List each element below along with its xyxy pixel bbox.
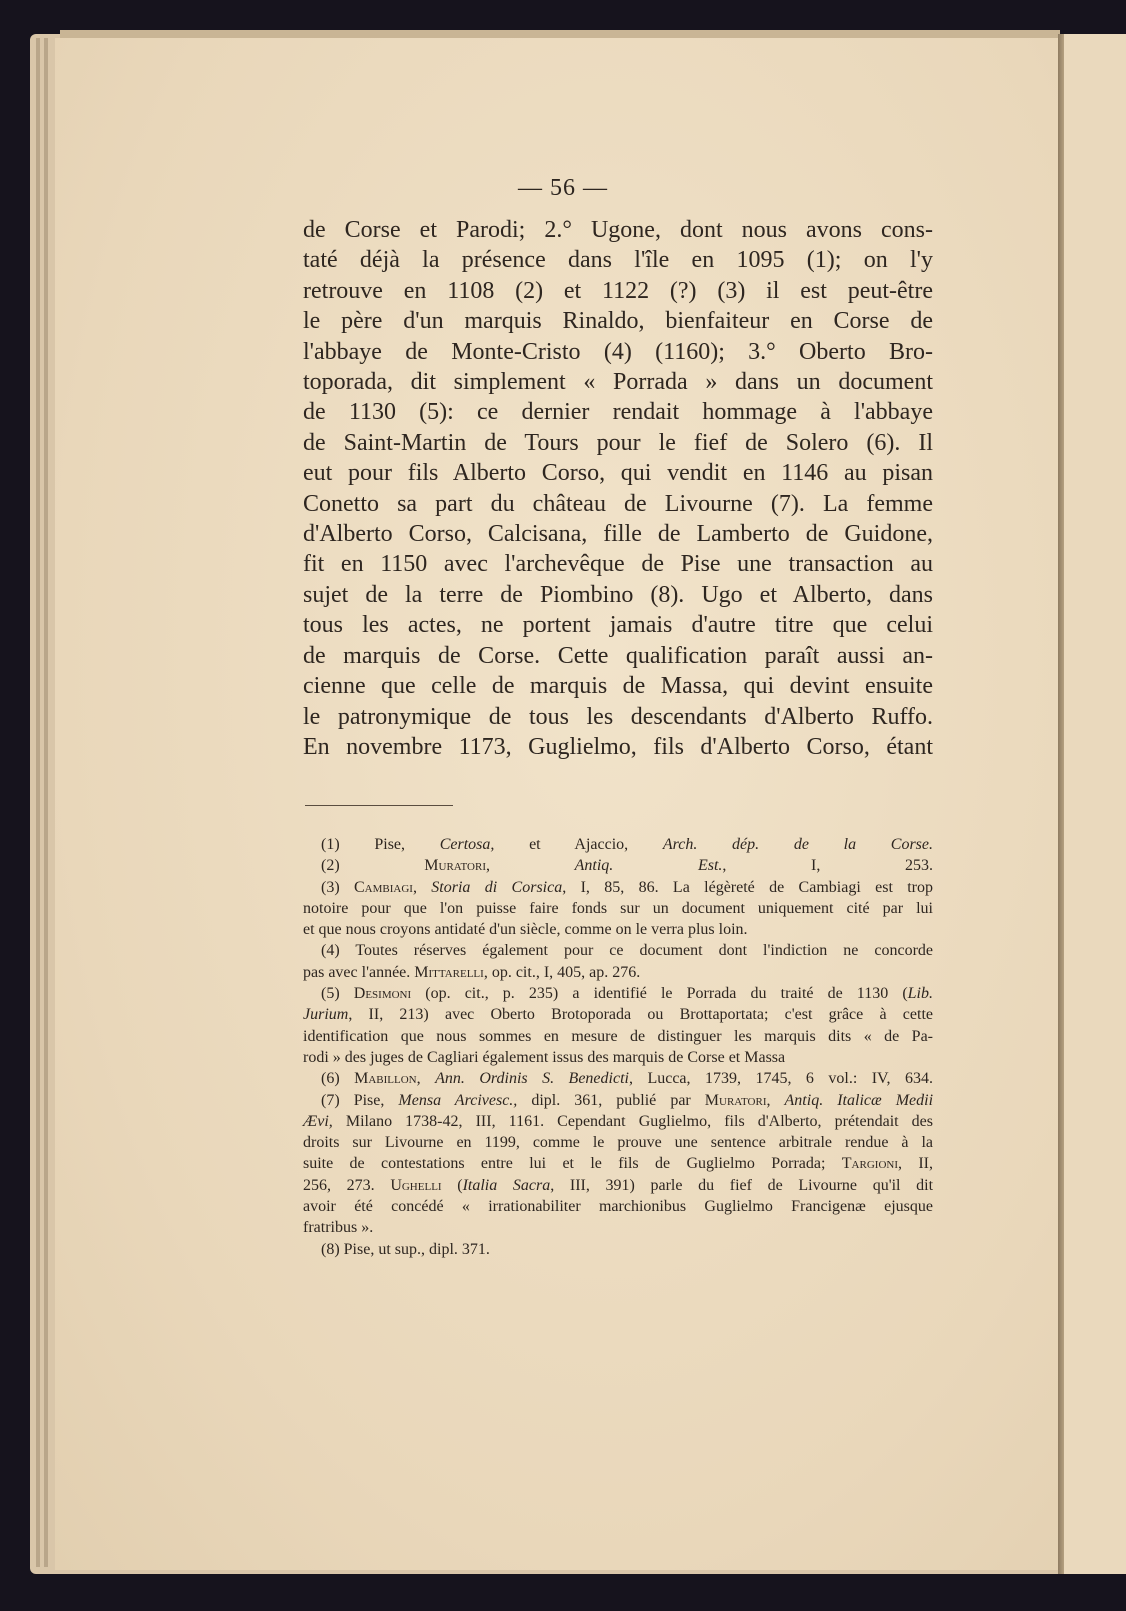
footnote-line: (4) Toutes réserves également pour ce do… <box>303 940 933 961</box>
footnote-text: , III, 391) parle du fief de Livourne qu… <box>550 1177 933 1194</box>
footnote-line: pas avec l'année. Mittarelli, op. cit., … <box>303 962 933 983</box>
footnote-text: identification que nous sommes en mesure… <box>303 1028 933 1045</box>
italic-citation: Jurium <box>303 1006 348 1023</box>
author-name: Desimoni <box>354 985 411 1002</box>
footnote-text: et Ajaccio, <box>494 836 662 853</box>
body-line: de 1130 (5): ce dernier rendait hommage … <box>303 397 933 427</box>
body-line: fit en 1150 avec l'archevêque de Pise un… <box>303 549 933 579</box>
author-name: Muratori <box>424 857 486 874</box>
footnote-text: , op. cit., I, 405, ap. 276. <box>484 964 640 981</box>
italic-citation: Lib. <box>908 985 933 1002</box>
footnote-2: (2) Muratori, Antiq. Est., I, 253. <box>303 855 933 876</box>
footnote-4: (4) Toutes réserves également pour ce do… <box>303 940 933 983</box>
footnote-line: (8) Pise, ut sup., dipl. 371. <box>303 1239 933 1260</box>
footnote-text: ( <box>442 1177 463 1194</box>
footnote-line: avoir été concédé « irrationabiliter mar… <box>303 1196 933 1217</box>
italic-citation: Italia Sacra <box>463 1177 551 1194</box>
footnote-line: fratribus ». <box>303 1217 933 1238</box>
footnote-text: fratribus ». <box>303 1219 373 1236</box>
footnote-text: avoir été concédé « irrationabiliter mar… <box>303 1198 933 1215</box>
footnote-line: (5) Desimoni (op. cit., p. 235) a identi… <box>303 983 933 1004</box>
footnote-line: notoire pour que l'on puisse faire fonds… <box>303 898 933 919</box>
footnote-text: rodi » des juges de Cagliari également i… <box>303 1049 785 1066</box>
footnote-text: pas avec l'année. <box>303 964 414 981</box>
footnote-3: (3) Cambiagi, Storia di Corsica, I, 85, … <box>303 877 933 941</box>
footnote-line: (7) Pise, Mensa Arcivesc., dipl. 361, pu… <box>303 1090 933 1111</box>
body-line: le patronymique de tous les descendants … <box>303 702 933 732</box>
footnote-text: , I, 253. <box>722 857 933 874</box>
body-line: taté déjà la présence dans l'île en 1095… <box>303 245 933 275</box>
footnote-line: (3) Cambiagi, Storia di Corsica, I, 85, … <box>303 877 933 898</box>
footnote-text: , <box>766 1092 784 1109</box>
body-line: cienne que celle de marquis de Massa, qu… <box>303 671 933 701</box>
footnote-line: Ævi, Milano 1738-42, III, 1161. Cependan… <box>303 1111 933 1132</box>
footnote-text: (op. cit., p. 235) a identifié le Porrad… <box>411 985 908 1002</box>
body-text: de Corse et Parodi; 2.° Ugone, dont nous… <box>303 215 933 762</box>
footnote-text: (4) Toutes réserves également pour ce do… <box>321 942 933 959</box>
author-name: Targioni <box>842 1155 898 1172</box>
footnote-text: , II, 213) avec Oberto Brotoporada ou Br… <box>348 1006 933 1023</box>
footnote-text: , <box>413 879 431 896</box>
author-name: Mabillon <box>354 1070 417 1087</box>
page-number: — 56 — <box>0 175 1126 202</box>
body-line: d'Alberto Corso, Calcisana, fille de Lam… <box>303 519 933 549</box>
footnote-text: droits sur Livourne en 1199, comme le pr… <box>303 1134 933 1151</box>
page-edge <box>36 38 40 1567</box>
italic-citation: Antiq. Italicæ Medii <box>785 1092 934 1109</box>
body-line: de Saint-Martin de Tours pour le fief de… <box>303 428 933 458</box>
body-line: Conetto sa part du château de Livourne (… <box>303 489 933 519</box>
footnote-line: identification que nous sommes en mesure… <box>303 1026 933 1047</box>
italic-citation: Ann. Ordinis S. Benedicti <box>435 1070 629 1087</box>
footnotes: (1) Pise, Certosa, et Ajaccio, Arch. dép… <box>303 834 933 1260</box>
facing-page-edge <box>1064 34 1126 1574</box>
footnote-text: (6) <box>321 1070 354 1087</box>
footnote-7: (7) Pise, Mensa Arcivesc., dipl. 361, pu… <box>303 1090 933 1239</box>
footnote-text: notoire pour que l'on puisse faire fonds… <box>303 900 933 917</box>
body-line: de Corse et Parodi; 2.° Ugone, dont nous… <box>303 215 933 245</box>
footnote-text: , <box>486 857 575 874</box>
author-name: Ughelli <box>390 1177 441 1194</box>
footnote-text: dipl. 361, publié par <box>517 1092 704 1109</box>
footnote-text: 256, 273. <box>303 1177 390 1194</box>
body-line: En novembre 1173, Guglielmo, fils d'Albe… <box>303 732 933 762</box>
footnote-text: , I, 85, 86. La légèreté de Cambiagi est… <box>562 879 933 896</box>
footnote-text: , II, <box>898 1155 933 1172</box>
body-line: l'abbaye de Monte-Cristo (4) (1160); 3.°… <box>303 337 933 367</box>
body-line: toporada, dit simplement « Porrada » dan… <box>303 367 933 397</box>
footnote-line: droits sur Livourne en 1199, comme le pr… <box>303 1132 933 1153</box>
italic-citation: Arch. dép. de la Corse. <box>663 836 933 853</box>
footnote-text: , <box>417 1070 435 1087</box>
footnote-text: et que nous croyons antidaté d'un siècle… <box>303 921 748 938</box>
footnote-text: (7) Pise, <box>321 1092 398 1109</box>
footnote-line: 256, 273. Ughelli (Italia Sacra, III, 39… <box>303 1175 933 1196</box>
footnote-text: (2) <box>321 857 424 874</box>
footnote-text: , Lucca, 1739, 1745, 6 vol.: IV, 634. <box>629 1070 933 1087</box>
italic-citation: Ævi, <box>303 1113 333 1130</box>
italic-citation: Mensa Arcivesc., <box>398 1092 517 1109</box>
footnote-text: (8) Pise, ut sup., dipl. 371. <box>321 1241 490 1258</box>
author-name: Cambiagi <box>354 879 413 896</box>
footnote-text: Milano 1738-42, III, 1161. Cependant Gug… <box>333 1113 933 1130</box>
footnote-text: (5) <box>321 985 354 1002</box>
author-name: Muratori <box>705 1092 767 1109</box>
footnote-line: Jurium, II, 213) avec Oberto Brotoporada… <box>303 1004 933 1025</box>
italic-citation: Storia di Corsica <box>431 879 562 896</box>
body-line: tous les actes, ne portent jamais d'autr… <box>303 610 933 640</box>
italic-citation: Certosa, <box>440 836 495 853</box>
body-line: sujet de la terre de Piombino (8). Ugo e… <box>303 580 933 610</box>
footnote-line: (6) Mabillon, Ann. Ordinis S. Benedicti,… <box>303 1068 933 1089</box>
footnote-line: et que nous croyons antidaté d'un siècle… <box>303 919 933 940</box>
body-line: retrouve en 1108 (2) et 1122 (?) (3) il … <box>303 276 933 306</box>
body-line: le père d'un marquis Rinaldo, bienfaiteu… <box>303 306 933 336</box>
author-name: Mittarelli <box>414 964 484 981</box>
footnote-text: (1) Pise, <box>321 836 440 853</box>
footnote-text: (3) <box>321 879 354 896</box>
footnote-line: (2) Muratori, Antiq. Est., I, 253. <box>303 855 933 876</box>
footnote-1: (1) Pise, Certosa, et Ajaccio, Arch. dép… <box>303 834 933 855</box>
footnote-6: (6) Mabillon, Ann. Ordinis S. Benedicti,… <box>303 1068 933 1089</box>
body-line: eut pour fils Alberto Corso, qui vendit … <box>303 458 933 488</box>
body-line: de marquis de Corse. Cette qualification… <box>303 641 933 671</box>
footnote-separator <box>305 805 453 806</box>
page-edge <box>44 38 48 1567</box>
footnote-line: (1) Pise, Certosa, et Ajaccio, Arch. dép… <box>303 834 933 855</box>
footnote-line: rodi » des juges de Cagliari également i… <box>303 1047 933 1068</box>
footnote-5: (5) Desimoni (op. cit., p. 235) a identi… <box>303 983 933 1068</box>
footnote-8: (8) Pise, ut sup., dipl. 371. <box>303 1239 933 1260</box>
footnote-line: suite de contestations entre lui et le f… <box>303 1153 933 1174</box>
footnote-text: suite de contestations entre lui et le f… <box>303 1155 842 1172</box>
italic-citation: Antiq. Est. <box>575 857 723 874</box>
